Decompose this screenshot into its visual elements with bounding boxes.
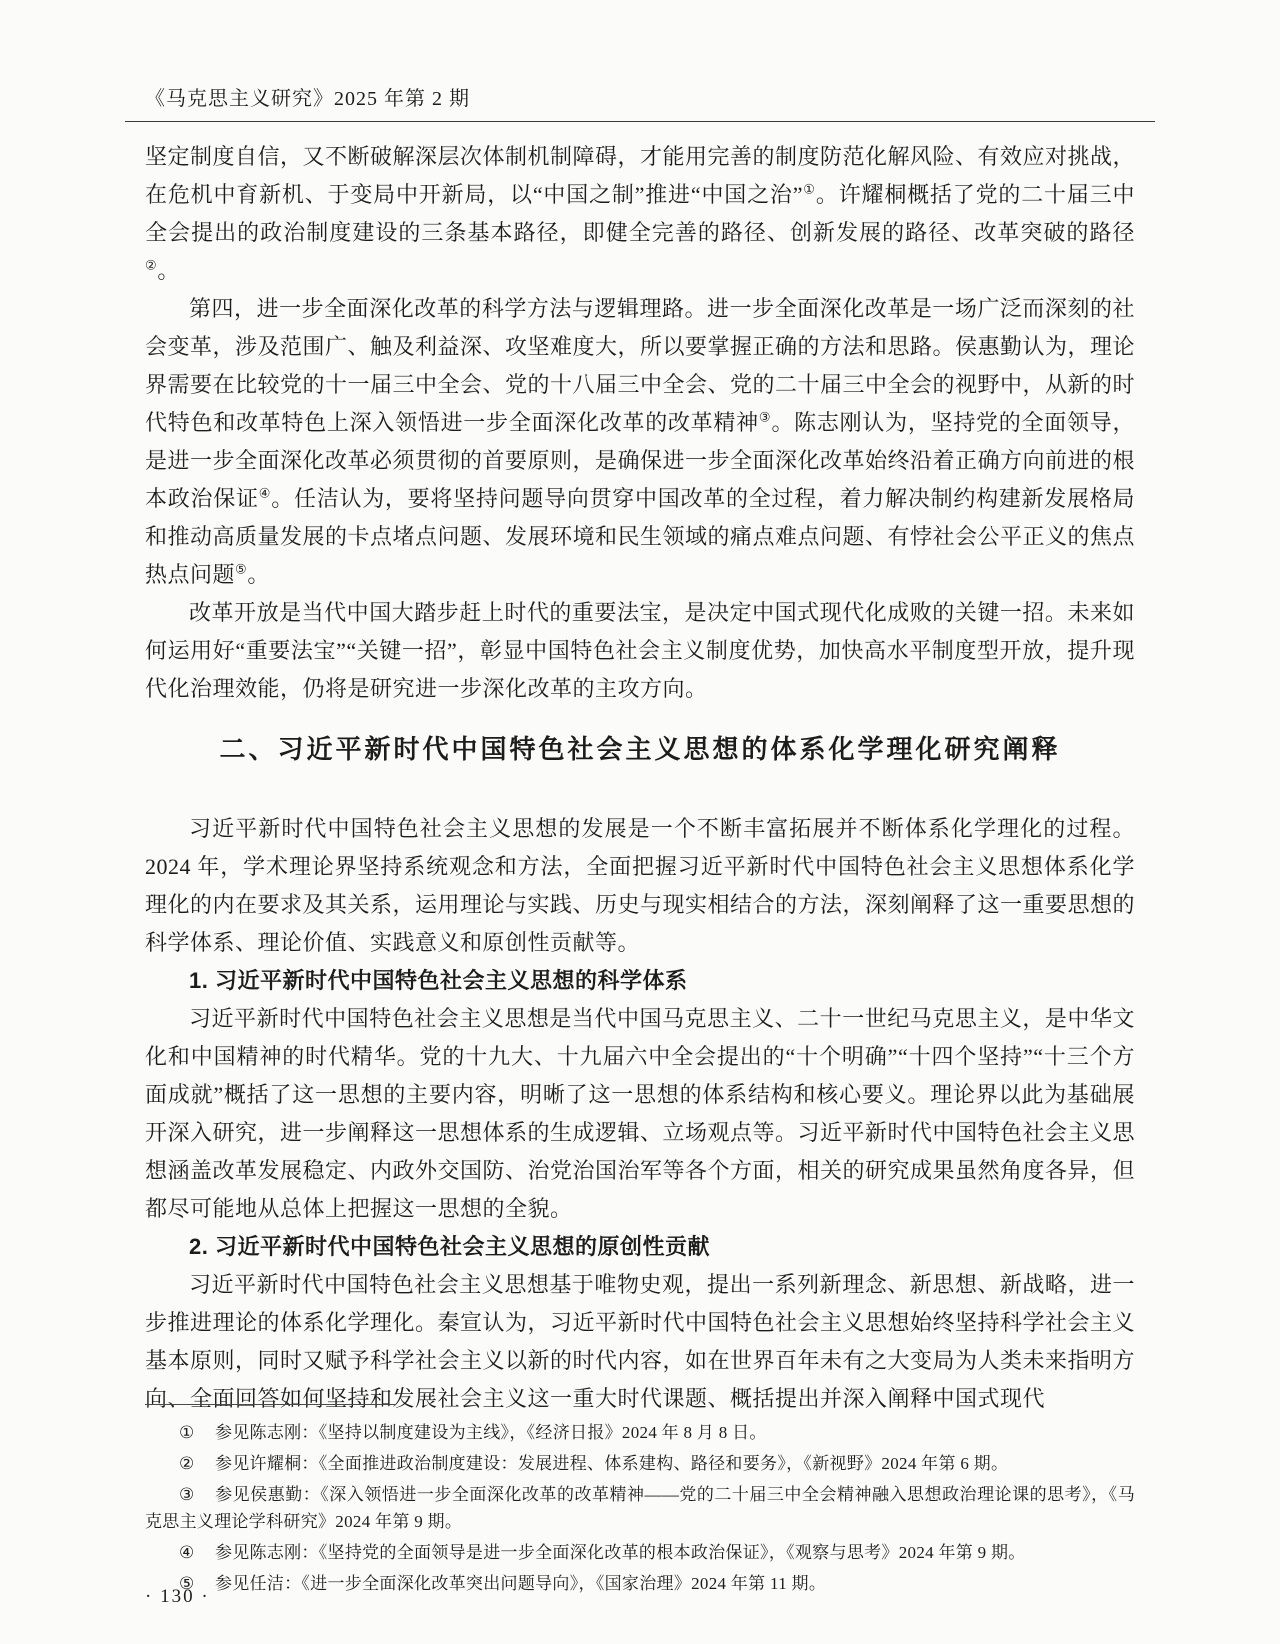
header-rule xyxy=(125,121,1155,122)
footnote-item: ⑤参见任洁：《进一步全面深化改革突出问题导向》，《国家治理》2024 年第 11… xyxy=(145,1570,1135,1597)
footnote-text: 参见许耀桐：《全面推进政治制度建设：发展进程、体系建构、路径和要务》，《新视野》… xyxy=(215,1454,1008,1473)
footnote-marker: ④ xyxy=(179,1543,195,1562)
footnote-reference: ⑤ xyxy=(235,562,247,577)
body-paragraph: 习近平新时代中国特色社会主义思想是当代中国马克思主义、二十一世纪马克思主义，是中… xyxy=(145,1000,1135,1228)
subsection-heading-2: 2. 习近平新时代中国特色社会主义思想的原创性贡献 xyxy=(145,1228,1135,1266)
footnote-item: ④参见陈志刚：《坚持党的全面领导是进一步全面深化改革的根本政治保证》，《观察与思… xyxy=(145,1539,1135,1566)
footnote-reference: ③ xyxy=(759,410,772,425)
body-paragraph: 第四，进一步全面深化改革的科学方法与逻辑理路。进一步全面深化改革是一场广泛而深刻… xyxy=(145,290,1135,594)
body-paragraph: 习近平新时代中国特色社会主义思想的发展是一个不断丰富拓展并不断体系化学理化的过程… xyxy=(145,810,1135,962)
journal-page: 《马克思主义研究》2025 年第 2 期 坚定制度自信，又不断破解深层次体制机制… xyxy=(0,0,1280,1644)
subsection-heading-1: 1. 习近平新时代中国特色社会主义思想的科学体系 xyxy=(145,962,1135,1000)
body-paragraph: 坚定制度自信，又不断破解深层次体制机制障碍，才能用完善的制度防范化解风险、有效应… xyxy=(145,138,1135,290)
footnote-marker: ② xyxy=(179,1454,195,1473)
page-number: · 130 · xyxy=(145,1586,210,1608)
footnote-reference: ④ xyxy=(259,486,272,501)
footnote-item: ①参见陈志刚：《坚持以制度建设为主线》，《经济日报》2024 年 8 月 8 日… xyxy=(145,1419,1135,1446)
body-paragraph: 改革开放是当代中国大踏步赶上时代的重要法宝，是决定中国式现代化成败的关键一招。未… xyxy=(145,594,1135,708)
footnote-marker: ① xyxy=(179,1423,195,1442)
body-paragraph: 习近平新时代中国特色社会主义思想基于唯物史观，提出一系列新理念、新思想、新战略，… xyxy=(145,1266,1135,1418)
footnote-divider xyxy=(145,1404,395,1405)
footnote-text: 参见陈志刚：《坚持党的全面领导是进一步全面深化改革的根本政治保证》，《观察与思考… xyxy=(215,1543,1026,1562)
footnote-reference: ① xyxy=(803,182,816,197)
footnote-text: 参见陈志刚：《坚持以制度建设为主线》，《经济日报》2024 年 8 月 8 日。 xyxy=(215,1423,767,1442)
journal-header: 《马克思主义研究》2025 年第 2 期 xyxy=(145,82,470,111)
section-heading: 二、习近平新时代中国特色社会主义思想的体系化学理化研究阐释 xyxy=(145,730,1135,770)
footnote-item: ②参见许耀桐：《全面推进政治制度建设：发展进程、体系建构、路径和要务》，《新视野… xyxy=(145,1450,1135,1477)
footnote-text: 参见侯惠勤：《深入领悟进一步全面深化改革的改革精神——党的二十届三中全会精神融入… xyxy=(145,1485,1135,1531)
footnote-text: 参见任洁：《进一步全面深化改革突出问题导向》，《国家治理》2024 年第 11 … xyxy=(215,1574,826,1593)
footnote-marker: ③ xyxy=(179,1485,195,1504)
page-body: 坚定制度自信，又不断破解深层次体制机制障碍，才能用完善的制度防范化解风险、有效应… xyxy=(145,138,1135,1418)
footnote-item: ③参见侯惠勤：《深入领悟进一步全面深化改革的改革精神——党的二十届三中全会精神融… xyxy=(145,1481,1135,1535)
footnote-reference: ② xyxy=(145,258,157,273)
footnotes-section: ①参见陈志刚：《坚持以制度建设为主线》，《经济日报》2024 年 8 月 8 日… xyxy=(145,1404,1135,1601)
